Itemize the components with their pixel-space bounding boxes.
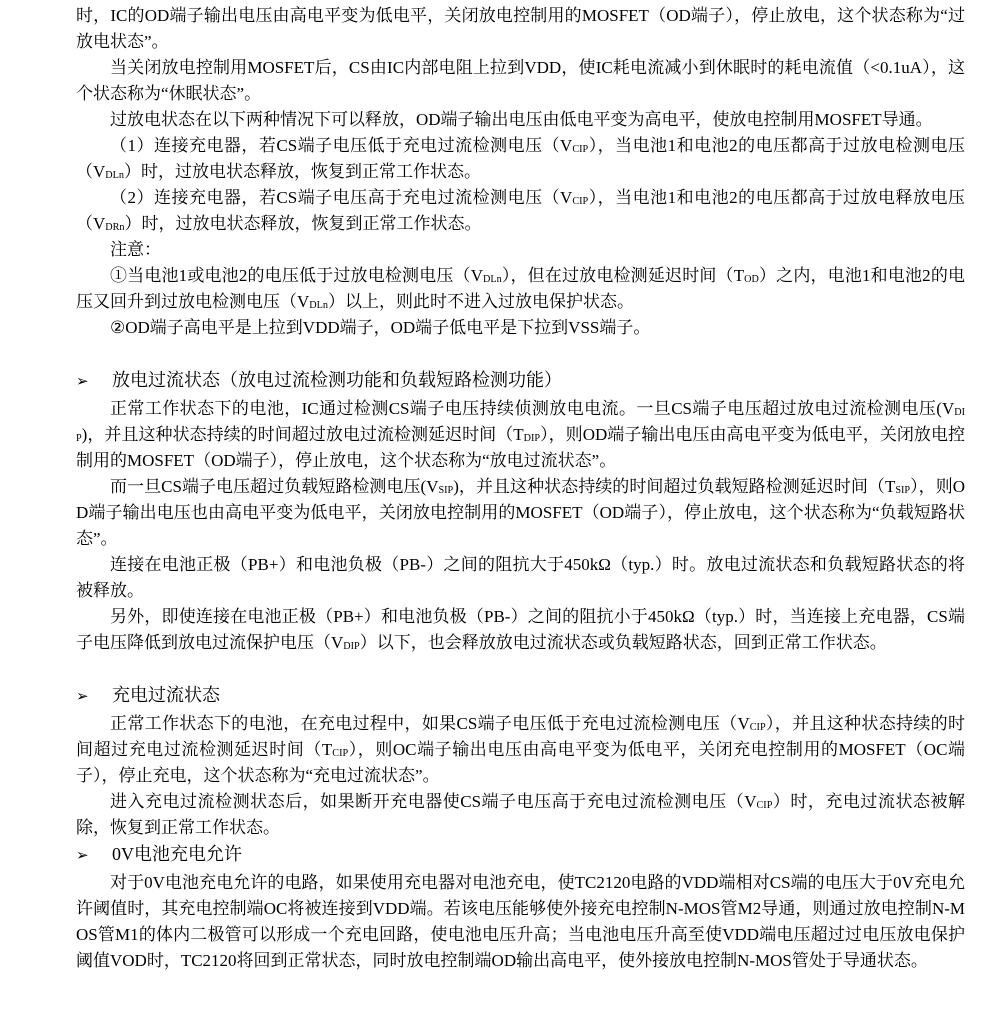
paragraph: 正常工作状态下的电池，IC通过检测CS端子电压持续侦测放电电流。一旦CS端子电压… [76,396,965,474]
paragraph: 当关闭放电控制用MOSFET后，CS由IC内部电阻上拉到VDD，使IC耗电流减小… [76,55,965,107]
heading-bullet-arrow-icon: ➢ [76,684,112,711]
section-heading: ➢放电过流状态（放电过流检测功能和负载短路检测功能） [76,367,965,396]
heading-bullet-arrow-icon: ➢ [76,369,112,396]
paragraph: 正常工作状态下的电池，在充电过程中，如果CS端子电压低于充电过流检测电压（VCI… [76,711,965,789]
section-heading-text: 0V电池充电允许 [112,841,242,868]
paragraph: 对于0V电池充电允许的电路，如果使用充电器对电池充电，使TC2120电路的VDD… [76,870,965,974]
section-heading-text: 充电过流状态 [112,682,220,709]
paragraph: （1）连接充电器，若CS端子电压低于充电过流检测电压（VCIP），当电池1和电池… [76,133,965,185]
paragraph: （2）连接充电器，若CS端子电压高于充电过流检测电压（VCIP），当电池1和电池… [76,185,965,237]
paragraph: 时，IC的OD端子输出电压由高电平变为低电平，关闭放电控制用的MOSFET（OD… [76,3,965,55]
paragraph: ②OD端子高电平是上拉到VDD端子，OD端子低电平是下拉到VSS端子。 [76,315,965,341]
document-page: 时，IC的OD端子输出电压由高电平变为低电平，关闭放电控制用的MOSFET（OD… [0,0,991,1034]
paragraph: 进入充电过流检测状态后，如果断开充电器使CS端子电压高于充电过流检测电压（VCI… [76,789,965,841]
paragraph: 另外，即使连接在电池正极（PB+）和电池负极（PB-）之间的阻抗小于450kΩ（… [76,604,965,656]
paragraph: 而一旦CS端子电压超过负载短路检测电压(VSIP)，并且这种状态持续的时间超过负… [76,474,965,552]
paragraph: ①当电池1或电池2的电压低于过放电检测电压（VDLn），但在过放电检测延迟时间（… [76,263,965,315]
section-heading-text: 放电过流状态（放电过流检测功能和负载短路检测功能） [112,367,562,394]
heading-bullet-arrow-icon: ➢ [76,843,112,870]
paragraph: 注意： [76,237,965,263]
paragraph: 过放电状态在以下两种情况下可以释放，OD端子输出电压由低电平变为高电平，使放电控… [76,107,965,133]
section-heading: ➢充电过流状态 [76,682,965,711]
paragraph: 连接在电池正极（PB+）和电池负极（PB-）之间的阻抗大于450kΩ（typ.）… [76,552,965,604]
section-heading: ➢0V电池充电允许 [76,841,965,870]
